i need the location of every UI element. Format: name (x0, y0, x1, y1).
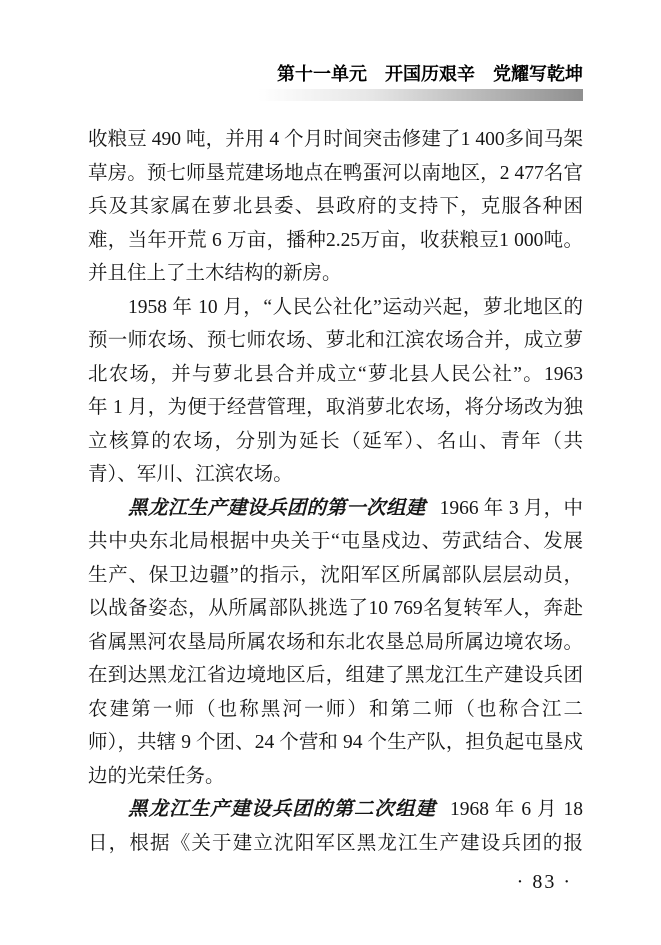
paragraph-line: 预一师农场、预七师农场、萝北和江滨农场合并，成立萝 (88, 324, 583, 358)
paragraph-line: 以战备姿态，从所属部队挑选了10 769名复转军人，奔赴 (88, 592, 583, 626)
body-text-block: 收粮豆 490 吨，并用 4 个月时间突击修建了1 400多间马架草房。预七师垦… (88, 123, 583, 860)
paragraph-line: 收粮豆 490 吨，并用 4 个月时间突击修建了1 400多间马架 (88, 123, 583, 157)
paragraph-line: 边的光荣任务。 (88, 760, 583, 794)
paragraph-line: 省属黑河农垦局所属农场和东北农垦总局所属边境农场。 (88, 626, 583, 660)
paragraph-line: 青）、军川、江滨农场。 (88, 458, 583, 492)
paragraph-line: 难，当年开荒 6 万亩，播种2.25万亩，收获粮豆1 000吨。 (88, 224, 583, 258)
paragraph-line: 共中央东北局根据中央关于“屯垦戍边、劳武结合、发展 (88, 525, 583, 559)
paragraph-line: 在到达黑龙江省边境地区后，组建了黑龙江生产建设兵团 (88, 659, 583, 693)
paragraph-line: 兵及其家属在萝北县委、县政府的支持下，克服各种困 (88, 190, 583, 224)
runin-heading: 黑龙江生产建设兵团的第一次组建 (128, 498, 426, 519)
paragraph-line: 草房。预七师垦荒建场地点在鸭蛋河以南地区，2 477名官 (88, 157, 583, 191)
paragraph-line: 日，根据《关于建立沈阳军区黑龙江生产建设兵团的报 (88, 827, 583, 861)
paragraph-line: 立核算的农场，分别为延长（延军）、名山、青年（共 (88, 425, 583, 459)
running-head-title: 第十一单元 开国历艰辛 党耀写乾坤 (277, 62, 583, 86)
paragraph-line: 北农场，并与萝北县合并成立“萝北县人民公社”。1963 (88, 358, 583, 392)
paragraph-line: 师），共辖 9 个团、24 个营和 94 个生产队，担负起屯垦戍 (88, 726, 583, 760)
book-page: 第十一单元 开国历艰辛 党耀写乾坤 收粮豆 490 吨，并用 4 个月时间突击修… (0, 0, 661, 945)
paragraph-line: 年 1 月，为便于经营管理，取消萝北农场，将分场改为独 (88, 391, 583, 425)
header-gradient-rule (258, 89, 583, 101)
paragraph-line: 黑龙江生产建设兵团的第一次组建1966 年 3 月，中 (88, 492, 583, 526)
page-number: · 83 · (517, 869, 572, 895)
paragraph-line: 生产、保卫边疆”的指示，沈阳军区所属部队层层动员， (88, 559, 583, 593)
runin-heading: 黑龙江生产建设兵团的第二次组建 (128, 799, 436, 820)
paragraph-line: 农建第一师（也称黑河一师）和第二师（也称合江二 (88, 693, 583, 727)
paragraph-line: 并且住上了土木结构的新房。 (88, 257, 583, 291)
paragraph-line: 1958 年 10 月，“人民公社化”运动兴起，萝北地区的 (88, 291, 583, 325)
paragraph-line: 黑龙江生产建设兵团的第二次组建1968 年 6 月 18 (88, 793, 583, 827)
